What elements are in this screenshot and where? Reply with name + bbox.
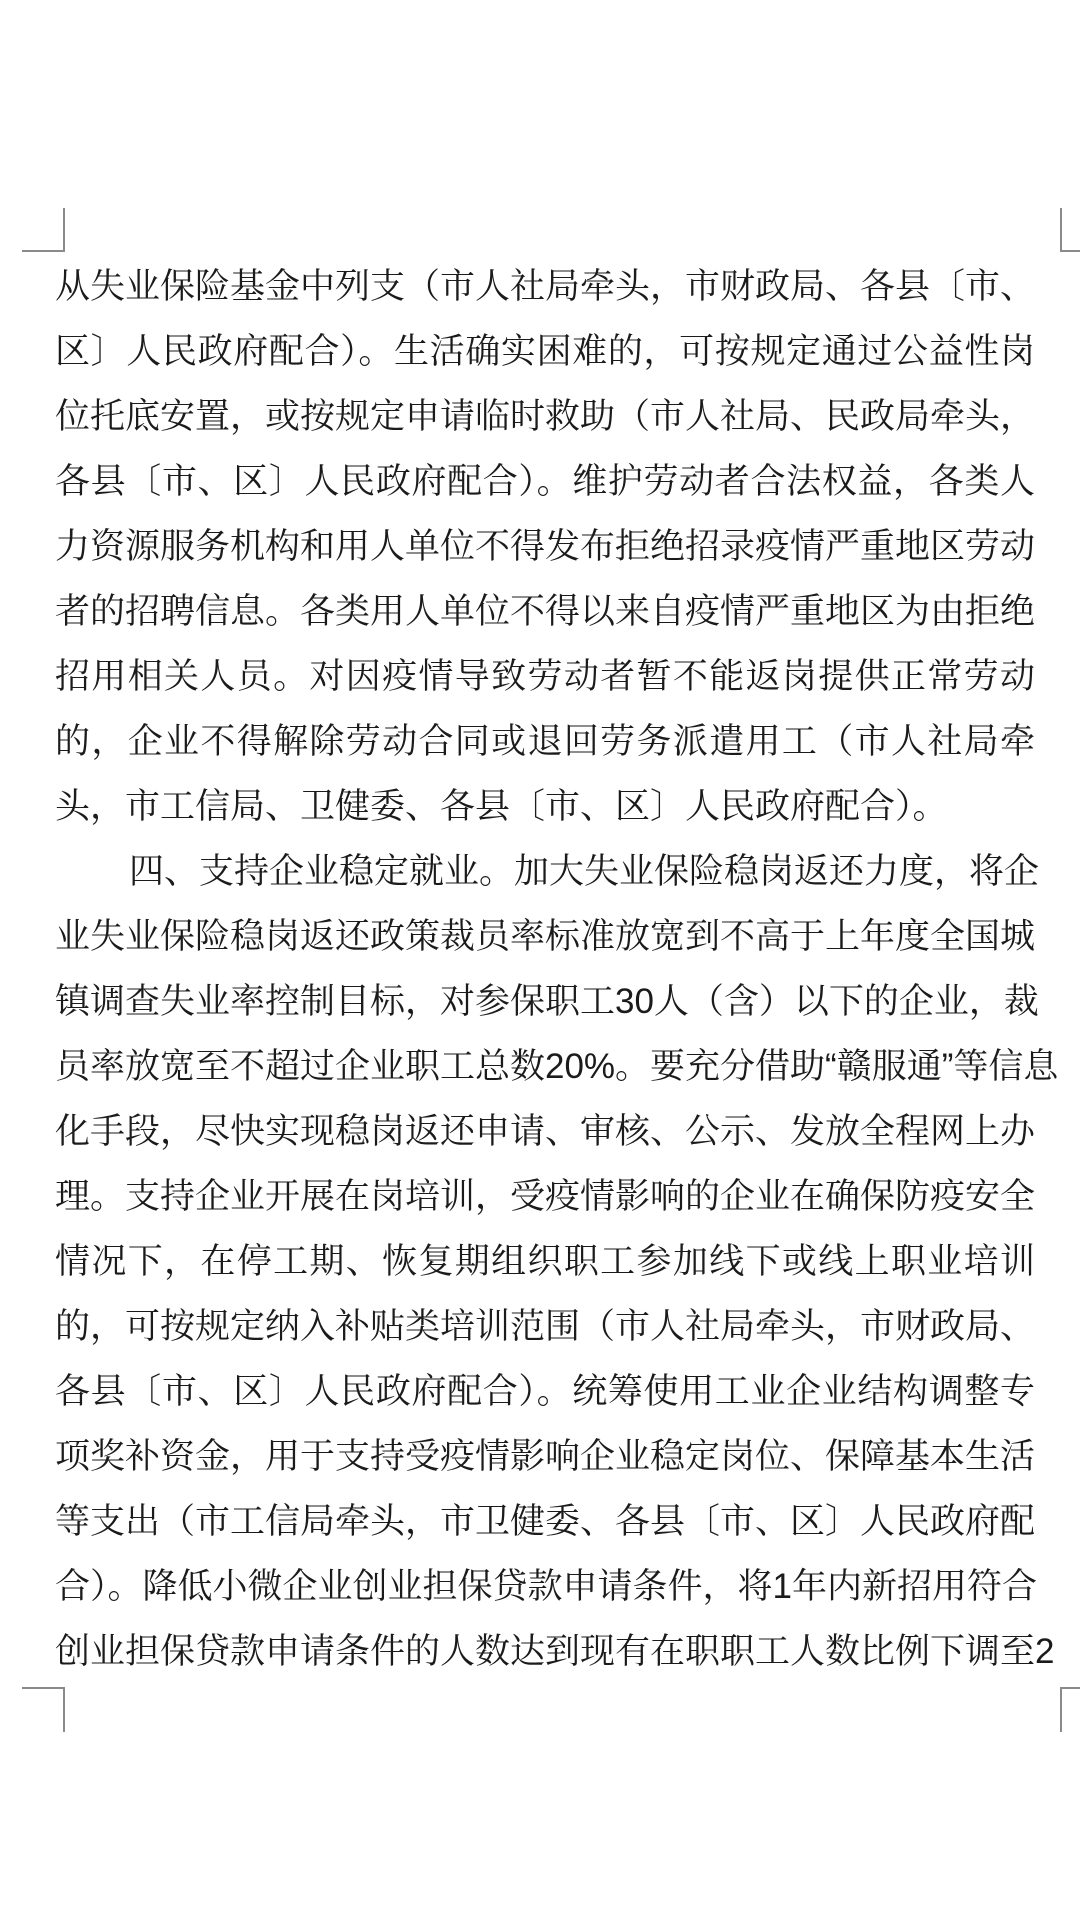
text-line: 各县〔市、区〕人民政府配合）。维护劳动者合法权益，各类人 xyxy=(55,449,1035,514)
text-line: 创业担保贷款申请条件的人数达到现有在职职工人数比例下调至2 xyxy=(55,1619,1035,1684)
text-line: 业失业保险稳岗返还政策裁员率标准放宽到不高于上年度全国城 xyxy=(55,904,1035,969)
text-block: 从失业保险基金中列支（市人社局牵头，市财政局、各县〔市、区〕人民政府配合）。生活… xyxy=(55,254,1035,1684)
text-line: 区〕人民政府配合）。生活确实困难的，可按规定通过公益性岗 xyxy=(55,319,1035,384)
text-line: 化手段，尽快实现稳岗返还申请、审核、公示、发放全程网上办 xyxy=(55,1099,1035,1164)
text-line: 位托底安置，或按规定申请临时救助（市人社局、民政局牵头， xyxy=(55,384,1035,449)
page-corner-mark-bottom-right xyxy=(1060,1687,1080,1732)
page-corner-mark-top-left xyxy=(22,208,65,252)
text-line: 理。支持企业开展在岗培训，受疫情影响的企业在确保防疫安全 xyxy=(55,1164,1035,1229)
page-corner-mark-bottom-left xyxy=(22,1687,65,1732)
text-line: 招用相关人员。对因疫情导致劳动者暂不能返岗提供正常劳动 xyxy=(55,644,1035,709)
text-line: 四、支持企业稳定就业。加大失业保险稳岗返还力度，将企 xyxy=(55,839,1035,904)
page-corner-mark-top-right xyxy=(1060,208,1080,252)
text-line: 等支出（市工信局牵头，市卫健委、各县〔市、区〕人民政府配 xyxy=(55,1489,1035,1554)
document-page: 从失业保险基金中列支（市人社局牵头，市财政局、各县〔市、区〕人民政府配合）。生活… xyxy=(0,0,1080,1920)
text-line: 镇调查失业率控制目标，对参保职工30人（含）以下的企业，裁 xyxy=(55,969,1035,1034)
text-line: 员率放宽至不超过企业职工总数20%。要充分借助“赣服通”等信息 xyxy=(55,1034,1035,1099)
text-line: 情况下，在停工期、恢复期组织职工参加线下或线上职业培训 xyxy=(55,1229,1035,1294)
text-line: 者的招聘信息。各类用人单位不得以来自疫情严重地区为由拒绝 xyxy=(55,579,1035,644)
text-line: 力资源服务机构和用人单位不得发布拒绝招录疫情严重地区劳动 xyxy=(55,514,1035,579)
text-line: 项奖补资金，用于支持受疫情影响企业稳定岗位、保障基本生活 xyxy=(55,1424,1035,1489)
text-line: 从失业保险基金中列支（市人社局牵头，市财政局、各县〔市、 xyxy=(55,254,1035,319)
text-line: 的，企业不得解除劳动合同或退回劳务派遣用工（市人社局牵 xyxy=(55,709,1035,774)
text-line: 头，市工信局、卫健委、各县〔市、区〕人民政府配合）。 xyxy=(55,774,1035,839)
text-line: 的，可按规定纳入补贴类培训范围（市人社局牵头，市财政局、 xyxy=(55,1294,1035,1359)
text-line: 合）。降低小微企业创业担保贷款申请条件，将1年内新招用符合 xyxy=(55,1554,1035,1619)
text-line: 各县〔市、区〕人民政府配合）。统筹使用工业企业结构调整专 xyxy=(55,1359,1035,1424)
